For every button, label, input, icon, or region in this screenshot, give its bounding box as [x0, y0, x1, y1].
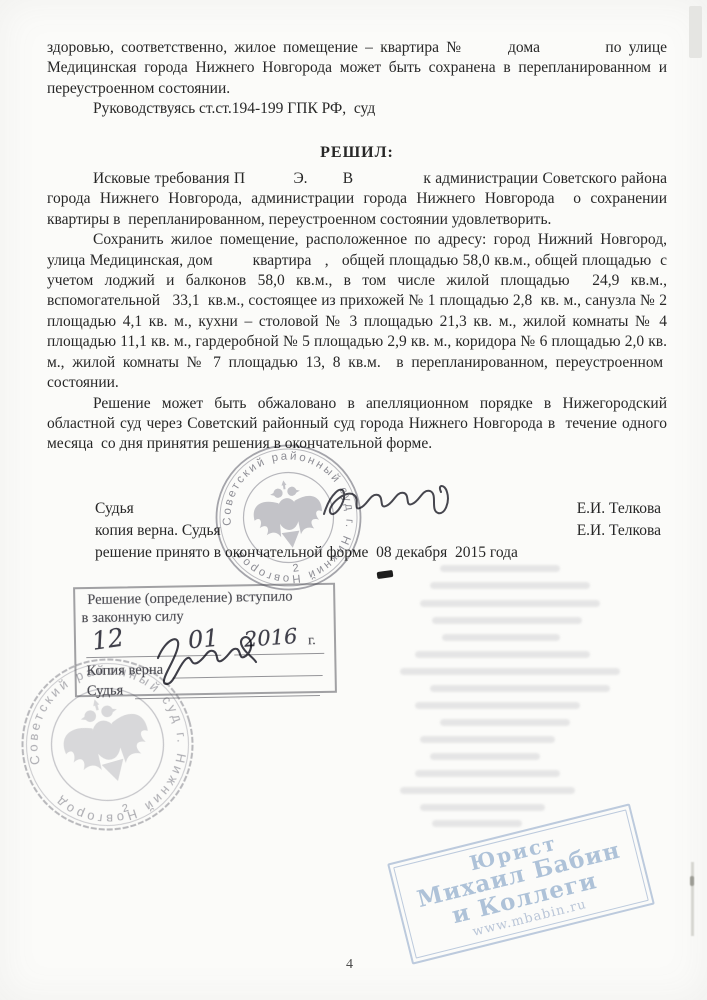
- lawyer-watermark-stamp: Юрист Михаил Бабин и Коллеги www.mbabin.…: [387, 803, 655, 964]
- scan-scratch-artifact: [691, 862, 694, 936]
- judge-name: Е.И. Телкова: [577, 500, 667, 518]
- bleed-through-line: [430, 685, 610, 692]
- bleed-through-line: [415, 651, 590, 658]
- stamp-judge-label: Судья: [87, 682, 124, 700]
- judge-handwritten-signature: [320, 478, 455, 528]
- bleed-through-line: [440, 719, 570, 726]
- bleed-through-line: [430, 582, 590, 589]
- bleed-through-line: [415, 702, 580, 709]
- page-number: 4: [346, 957, 353, 973]
- stamp-underline: [135, 695, 320, 699]
- bleed-through-line: [400, 668, 620, 675]
- paragraph-claims-granted: Исковые требования П Э. В к администраци…: [47, 169, 667, 230]
- bleed-through-line: [432, 617, 582, 624]
- decision-heading: РЕШИЛ:: [47, 143, 667, 163]
- bleed-through-line: [400, 787, 575, 794]
- copy-judge-name: Е.И. Телкова: [577, 522, 667, 540]
- judge-label: Судья: [47, 500, 134, 518]
- stamp-line2: в законную силу: [81, 608, 183, 627]
- paragraph-housing-preserved: здоровью, соответственно, жилое помещени…: [47, 38, 667, 99]
- double-headed-eagle-icon: [249, 476, 326, 553]
- redaction-dash: [377, 570, 394, 579]
- bleed-through-line: [440, 565, 560, 572]
- bleed-through-line: [420, 736, 555, 743]
- scan-scratch-dot: [690, 876, 694, 886]
- bleed-through-line: [415, 770, 560, 777]
- scanned-court-decision-page: здоровью, соответственно, жилое помещени…: [0, 0, 707, 1000]
- bleed-through-line: [420, 804, 545, 811]
- bleed-through-line: [432, 820, 522, 827]
- bleed-through-line: [420, 600, 600, 607]
- copy-handwritten-signature: [150, 632, 260, 688]
- scan-edge-artifact: [689, 6, 702, 58]
- paragraph-appeal-procedure: Решение может быть обжаловано в апелляци…: [47, 394, 667, 455]
- bleed-through-line: [442, 634, 560, 641]
- stamp-line1: Решение (определение) вступило: [87, 588, 293, 609]
- stamp-year-suffix: г.: [308, 633, 316, 649]
- paragraph-apartment-details: Сохранить жилое помещение, расположенное…: [47, 230, 667, 393]
- copy-true-label: копия верна. Судья: [47, 522, 221, 540]
- stamp-handwritten-day: 12: [90, 623, 126, 656]
- seal-number: 2: [292, 562, 300, 575]
- paragraph-guided-by: Руководствуясь ст.ст.194-199 ГПК РФ, суд: [47, 99, 667, 119]
- lawyer-stamp-inner-border: Юрист Михаил Бабин и Коллеги www.mbabin.…: [393, 809, 649, 958]
- decision-body-text: здоровью, соответственно, жилое помещени…: [47, 38, 667, 455]
- bleed-through-line: [430, 753, 540, 760]
